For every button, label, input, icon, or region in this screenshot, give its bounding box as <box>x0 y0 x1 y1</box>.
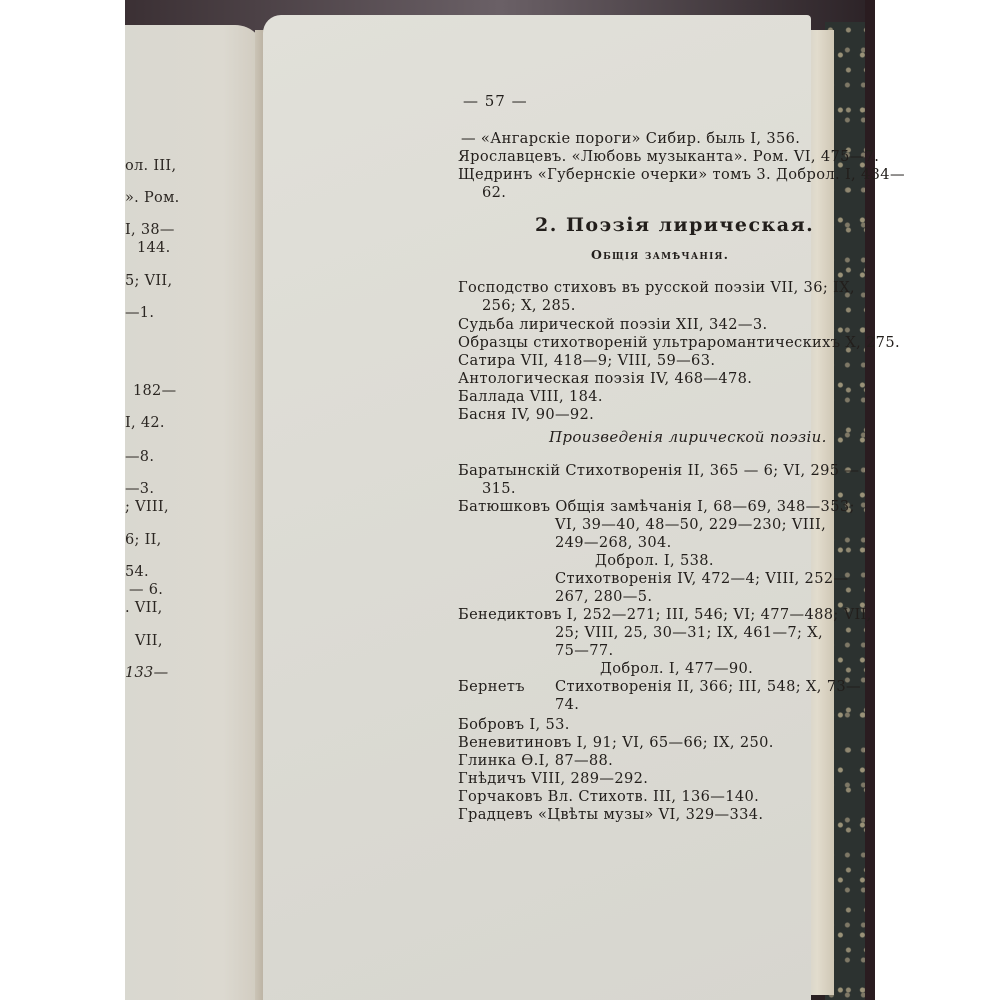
left-page-fragment: ол. III, <box>125 158 176 174</box>
index-entry: 267, 280—5. <box>555 588 652 606</box>
index-entry: Баллада VIII, 184. <box>458 388 603 406</box>
left-page-fragment: 182— <box>133 383 176 399</box>
index-entry: Стихотворенія II, 366; III, 548; X, 73— <box>555 678 861 696</box>
index-entry: 25; VIII, 25, 30—31; IX, 461—7; X, <box>555 624 823 642</box>
index-entry: Бенедиктовъ I, 252—271; III, 546; VI; 47… <box>458 606 872 624</box>
index-entry: Градцевъ «Цвѣты музы» VI, 329—334. <box>458 806 763 824</box>
index-entry: Горчаковъ Вл. Стихотв. III, 136—140. <box>458 788 759 806</box>
page-number: — 57 — <box>463 92 528 110</box>
left-page-fragment: 133— <box>125 665 168 681</box>
left-page-fragment: ; VIII, <box>125 499 169 515</box>
left-page-fragment: 6; II, <box>125 532 162 548</box>
left-page-fragment: 144. <box>137 240 171 256</box>
index-entry: Бернетъ <box>458 678 525 696</box>
index-entry: Батюшковъ Общія замѣчанія I, 68—69, 348—… <box>458 498 855 516</box>
index-entry: Образцы стихотвореній ультраромантически… <box>458 334 900 352</box>
text-line: 62. <box>482 184 506 202</box>
index-entry: Бобровъ I, 53. <box>458 716 570 734</box>
index-entry: Доброл. I, 477—90. <box>600 660 753 678</box>
index-entry: Судьба лирической поэзіи XII, 342—3. <box>458 316 767 334</box>
left-page-fragment: —1. <box>125 305 154 321</box>
index-entry: Басня IV, 90—92. <box>458 406 594 424</box>
index-entry: Стихотворенія IV, 472—4; VIII, 252— <box>555 570 848 588</box>
index-entry: 315. <box>482 480 516 498</box>
left-page-fragment: ». Ром. <box>125 190 180 206</box>
section-title: 2. Поэзія лирическая. <box>535 216 814 234</box>
left-page-fragment: I, 42. <box>125 415 165 431</box>
left-page-fragment: 54. <box>125 564 149 580</box>
text-line: — «Ангарскіе пороги» Сибир. быль I, 356. <box>461 130 800 148</box>
index-entry: Антологическая поэзія IV, 468—478. <box>458 370 752 388</box>
index-entry: 256; X, 285. <box>482 297 576 315</box>
index-entry: Глинка Ѳ.I, 87—88. <box>458 752 613 770</box>
index-entry: VI, 39—40, 48—50, 229—230; VIII, <box>555 516 826 534</box>
left-page-fragment: VII, <box>135 633 163 649</box>
left-page-fragment: —8. <box>125 449 154 465</box>
left-page-fragment: . VII, <box>125 600 163 616</box>
index-entry: Гнѣдичъ VIII, 289—292. <box>458 770 648 788</box>
index-entry: Доброл. I, 538. <box>595 552 714 570</box>
left-page-fragment: I, 38— <box>125 222 175 238</box>
index-entry: 74. <box>555 696 579 714</box>
index-entry: Господство стиховъ въ русской поэзіи VII… <box>458 279 855 297</box>
index-entry: 249—268, 304. <box>555 534 672 552</box>
left-page-fragment: —3. <box>125 481 154 497</box>
index-entry: Баратынскій Стихотворенія II, 365 — 6; V… <box>458 462 859 480</box>
index-entry: 75—77. <box>555 642 613 660</box>
text-line: Щедринъ «Губернскіе очерки» томъ 3. Добр… <box>458 166 905 184</box>
text-line: Ярославцевъ. «Любовь музыканта». Ром. VI… <box>458 148 879 166</box>
index-entry: Сатира VII, 418—9; VIII, 59—63. <box>458 352 715 370</box>
index-entry: Веневитиновъ I, 91; VI, 65—66; IX, 250. <box>458 734 774 752</box>
subsection-heading: Произведенія лирической поэзіи. <box>549 428 827 446</box>
left-page-fragment: 5; VII, <box>125 273 172 289</box>
subsection-heading: Общія замѣчанія. <box>591 246 729 264</box>
left-page-fragment: — 6. <box>129 582 163 598</box>
left-page: ол. III, ». Ром. I, 38— 144. 5; VII, —1.… <box>125 25 265 1000</box>
